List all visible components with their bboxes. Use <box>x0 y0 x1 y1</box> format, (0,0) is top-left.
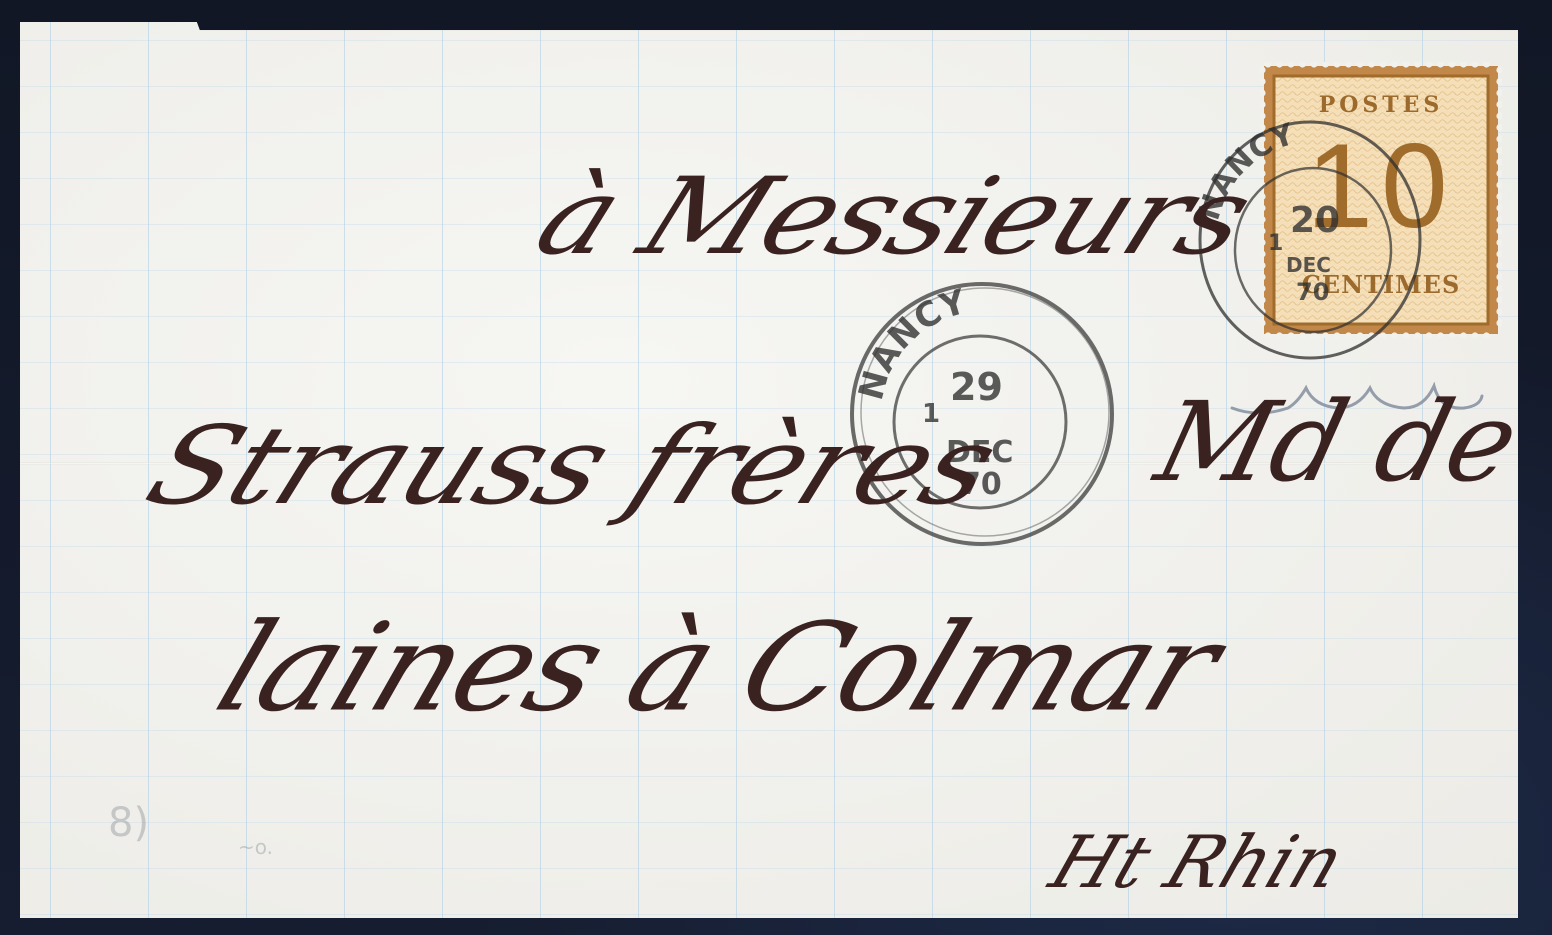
address-line-strauss-freres: Strauss frères <box>130 404 1013 529</box>
postmark-day: 20 <box>1290 200 1340 241</box>
postmark-center-day: 29 <box>950 365 1003 409</box>
pencil-mark-b: ~o. <box>238 835 273 859</box>
postmark-time: 1 <box>1268 231 1283 256</box>
address-line-marchands-de: Md de <box>1145 378 1530 506</box>
address-line-haut-rhin: Ht Rhin <box>1040 820 1355 904</box>
address-line-laines-colmar: laines à Colmar <box>200 597 1236 739</box>
address-line-messieurs: à Messieurs <box>520 154 1268 278</box>
postmark-month: DEC <box>1286 253 1331 277</box>
pencil-mark-a: 8) <box>108 800 149 846</box>
postmark-year: 70 <box>1296 278 1329 306</box>
